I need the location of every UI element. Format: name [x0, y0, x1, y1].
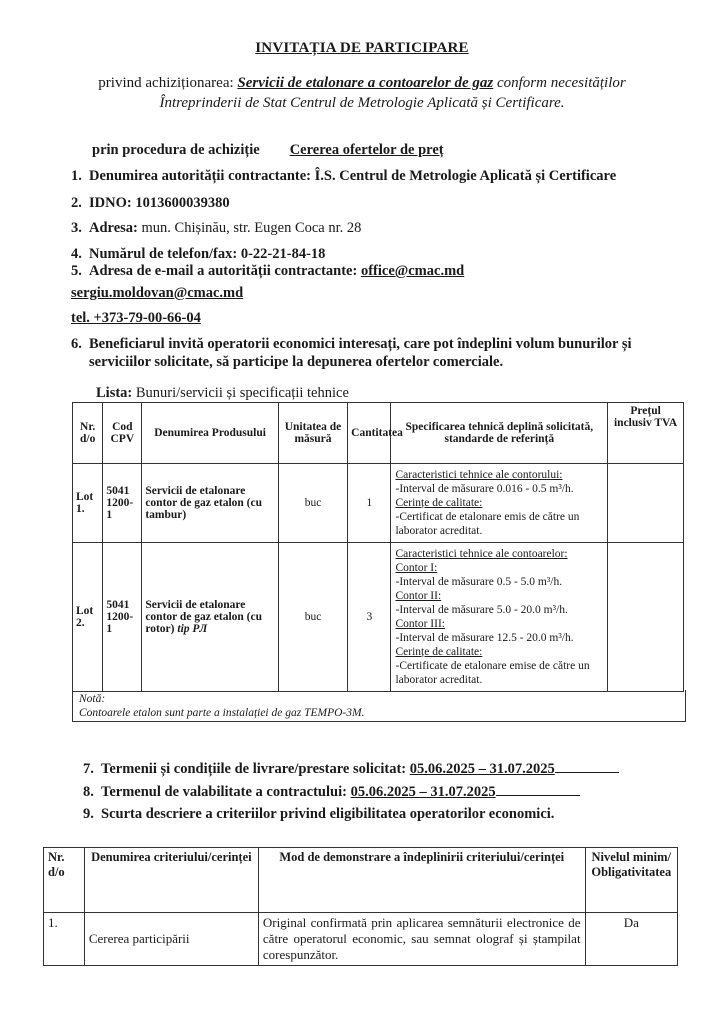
spec-line: Contor I:: [395, 561, 603, 575]
subject-suffix: conform necesităților: [493, 75, 625, 91]
invitation-text-2: serviciilor solicitate, să participe la …: [89, 354, 503, 371]
subject-services: Servicii de etalonare a contoarelor de g…: [237, 75, 493, 91]
spec-line: -Interval de măsurare 12.5 - 20.0 m³/h.: [395, 631, 603, 645]
spec-line: -Certificate de etalonare emise de către…: [395, 659, 603, 687]
spec-line: -Interval de măsurare 0.016 - 0.5 m³/h.: [395, 482, 603, 496]
price: [608, 543, 684, 692]
header-nr: Nr. d/o: [73, 403, 103, 464]
lot-number: Lot 1.: [73, 464, 103, 543]
blank-underline: [555, 760, 619, 773]
technical-spec: Caracteristici tehnice ale contoarelor:C…: [391, 543, 608, 692]
table-note: Notă: Contoarele etalon sunt parte a ins…: [72, 690, 686, 722]
table-row: Lot 1.5041 1200-1Servicii de etalonare c…: [73, 464, 684, 543]
email-link-office[interactable]: office@cmac.md: [361, 263, 464, 279]
criteria-table: Nr. d/o Denumirea criteriului/cerinței M…: [43, 847, 678, 966]
procedure-value: Cererea ofertelor de preț: [290, 142, 444, 158]
spec-line: Cerințe de calitate:: [395, 496, 603, 510]
product-name: Servicii de etalonare contor de gaz etal…: [142, 464, 279, 543]
header-spec: Specificarea tehnică deplină solicitată,…: [391, 403, 608, 464]
phone-fax: 4.Numărul de telefon/fax: 0-22-21-84-18: [71, 246, 325, 263]
note-label: Notă:: [79, 692, 679, 706]
delivery-terms: 7.Termenii și condițiile de livrare/pres…: [83, 760, 619, 778]
lot-number: Lot 2.: [73, 543, 103, 692]
cpv-code: 5041 1200-1: [103, 543, 142, 692]
quantity: 1: [348, 464, 391, 543]
product-name: Servicii de etalonare contor de gaz etal…: [142, 543, 279, 692]
email-line: 5.Adresa de e-mail a autorității contrac…: [71, 263, 464, 280]
technical-spec: Caracteristici tehnice ale contorului:-I…: [391, 464, 608, 543]
subject-line: privind achiziționarea: Servicii de etal…: [0, 75, 724, 92]
spec-line: Contor III:: [395, 617, 603, 631]
table-row: Lot 2.5041 1200-1Servicii de etalonare c…: [73, 543, 684, 692]
criteria-header-mode: Mod de demonstrare a îndeplinirii criter…: [258, 848, 585, 913]
criteria-mode: Original confirmată prin aplicarea semnă…: [258, 913, 585, 966]
blank-underline: [496, 783, 580, 796]
procedure-label: prin procedura de achiziție: [92, 142, 260, 158]
header-name: Denumirea Produsului: [142, 403, 279, 464]
authority-name: 1.Denumirea autorității contractante: Î.…: [71, 168, 616, 185]
criteria-name: Cererea participării: [84, 913, 258, 966]
cpv-code: 5041 1200-1: [103, 464, 142, 543]
header-qty: Cantitatea: [348, 403, 391, 464]
note-text: Contoarele etalon sunt parte a instalați…: [79, 706, 679, 720]
header-unit: Unitatea de măsură: [278, 403, 347, 464]
table-row: 1.Cererea participăriiOriginal confirmat…: [44, 913, 678, 966]
subject-line-2: Întreprinderii de Stat Centrul de Metrol…: [0, 95, 724, 112]
criteria-nr: 1.: [44, 913, 85, 966]
document-title: INVITAȚIA DE PARTICIPARE: [0, 40, 724, 57]
criteria-header-nr: Nr. d/o: [44, 848, 85, 913]
subject-prefix: privind achiziționarea:: [98, 75, 237, 91]
goods-table: Nr. d/o Cod CPV Denumirea Produsului Uni…: [72, 402, 684, 692]
list-caption: Lista: Bunuri/servicii și specificații t…: [96, 385, 349, 402]
header-price: Prețul inclusiv TVA: [608, 403, 684, 464]
invitation-text-1: 6.Beneficiarul invită operatorii economi…: [71, 336, 632, 353]
criteria-level: Da: [585, 913, 677, 966]
procedure-line: prin procedura de achizițieCererea ofert…: [92, 142, 444, 159]
spec-line: -Certificat de etalonare emis de către u…: [395, 510, 603, 538]
header-cpv: Cod CPV: [103, 403, 142, 464]
spec-line: -Interval de măsurare 0.5 - 5.0 m³/h.: [395, 575, 603, 589]
phone-secondary: tel. +373-79-00-66-04: [71, 310, 201, 327]
quantity: 3: [348, 543, 391, 692]
contract-validity: 8.Termenul de valabilitate a contractulu…: [83, 783, 580, 801]
criteria-header-level: Nivelul minim/ Obligativitatea: [585, 848, 677, 913]
address: 3.Adresa: mun. Chișinău, str. Eugen Coca…: [71, 220, 361, 237]
email-link-secondary[interactable]: sergiu.moldovan@cmac.md: [71, 285, 243, 302]
criteria-header-name: Denumirea criteriului/cerinței: [84, 848, 258, 913]
delivery-terms-value: 05.06.2025 – 31.07.2025: [410, 761, 555, 777]
spec-line: -Interval de măsurare 5.0 - 20.0 m³/h.: [395, 603, 603, 617]
eligibility-heading: 9.Scurta descriere a criteriilor privind…: [83, 806, 554, 823]
spec-line: Caracteristici tehnice ale contoarelor:: [395, 547, 603, 561]
spec-line: Contor II:: [395, 589, 603, 603]
idno: 2.IDNO: 1013600039380: [71, 195, 230, 212]
spec-line: Cerințe de calitate:: [395, 645, 603, 659]
criteria-table-header: Nr. d/o Denumirea criteriului/cerinței M…: [44, 848, 678, 913]
unit: buc: [278, 464, 347, 543]
spec-line: Caracteristici tehnice ale contorului:: [395, 468, 603, 482]
unit: buc: [278, 543, 347, 692]
contract-validity-value: 05.06.2025 – 31.07.2025: [351, 784, 496, 800]
price: [608, 464, 684, 543]
goods-table-header: Nr. d/o Cod CPV Denumirea Produsului Uni…: [73, 403, 684, 464]
